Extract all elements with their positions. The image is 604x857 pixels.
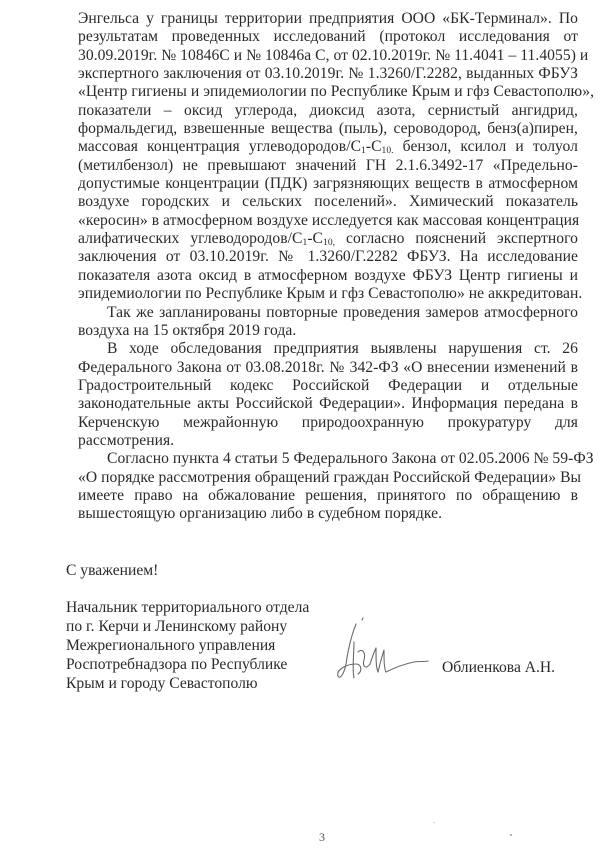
text-line: «Центр гигиены и эпидемиологии по Респуб… <box>78 83 578 101</box>
text-line: результатам проведенных исследований (пр… <box>78 28 578 46</box>
text-line: допустимые концентрации (ПДК) загрязняющ… <box>78 175 578 193</box>
text-line: Керченскую межрайонную природоохранную п… <box>78 414 578 432</box>
text-line: заключения от 03.10.2019г. № 1.3260/Г.22… <box>78 248 578 266</box>
text-run: массовая концентрация углеводородов/C <box>78 138 361 155</box>
document-page: Энгельса у границы территории предприяти… <box>0 0 604 857</box>
text-run: алифатических углеводородов/C <box>78 230 303 247</box>
text-line: В ходе обследования предприятия выявлены… <box>78 340 578 358</box>
paragraph-findings: Энгельса у границы территории предприяти… <box>78 10 578 304</box>
text-line: Энгельса у границы территории предприяти… <box>78 10 578 28</box>
text-line: законодательные акты Российской Федераци… <box>78 395 578 413</box>
text-line: эпидемиологии по Республике Крым и гфз С… <box>78 285 578 303</box>
text-line-with-subscript: массовая концентрация углеводородов/C1-C… <box>78 138 578 156</box>
signatory-title-line: Роспотребнадзора по Республике <box>66 655 336 674</box>
letter-body: Энгельса у границы территории предприяти… <box>78 10 578 524</box>
text-line: Так же запланированы повторные проведени… <box>78 304 578 322</box>
text-line: «О порядке рассмотрения обращений гражда… <box>78 469 578 487</box>
text-line: воздухе городских и сельских поселений».… <box>78 193 578 211</box>
signatory-title-line: по г. Керчи и Ленинскому району <box>66 617 336 636</box>
subscript: 10. <box>382 146 394 156</box>
text-line: экспертного заключения от 03.10.2019г. №… <box>78 65 578 83</box>
signatory-title: Начальник территориального отдела по г. … <box>66 598 336 693</box>
text-line: показатели – оксид углерода, диоксид азо… <box>78 102 578 120</box>
paragraph-violations: В ходе обследования предприятия выявлены… <box>78 340 578 450</box>
text-line: формальдегид, взвешенные вещества (пыль)… <box>78 120 578 138</box>
text-line: рассмотрения. <box>78 432 578 450</box>
signatory-title-line: Начальник территориального отдела <box>66 598 336 617</box>
closing-salutation: С уважением! <box>66 562 158 580</box>
text-line: Градостроительный кодекс Российской Феде… <box>78 377 578 395</box>
text-line: «керосин» в атмосферном воздухе исследуе… <box>78 212 578 230</box>
signatory-title-line: Крым и городу Севастополю <box>66 674 336 693</box>
subscript: 10, <box>323 238 335 248</box>
text-line: вышестоящую организацию либо в судебном … <box>78 505 578 523</box>
scan-artifact <box>510 834 512 836</box>
text-run: -C <box>307 230 323 247</box>
text-line: имеете право на обжалование решения, при… <box>78 487 578 505</box>
text-line: (метилбензол) не превышают значений ГН 2… <box>78 157 578 175</box>
text-line: 30.09.2019г. № 10846С и № 10846а С, от 0… <box>78 47 578 65</box>
paragraph-repeat-measurements: Так же запланированы повторные проведени… <box>78 304 578 341</box>
text-line: Федерального Закона от 03.08.2018г. № 34… <box>78 359 578 377</box>
text-run: согласно пояснений экспертного <box>335 230 578 247</box>
signatory-name: Облиенкова А.Н. <box>442 659 555 677</box>
text-line: показателя азота оксид в атмосферном воз… <box>78 267 578 285</box>
page-number: 3 <box>319 830 325 845</box>
signatory-title-line: Межрегионального управления <box>66 636 336 655</box>
text-run: бензол, ксилол и толуол <box>394 138 578 155</box>
handwritten-signature-icon <box>332 612 442 692</box>
scan-artifact <box>434 822 435 823</box>
text-line: воздуха на 15 октября 2019 года. <box>78 322 578 340</box>
text-line-with-subscript: алифатических углеводородов/C1-C10, согл… <box>78 230 578 248</box>
paragraph-appeal-rights: Согласно пункта 4 статьи 5 Федерального … <box>78 450 578 523</box>
text-line: Согласно пункта 4 статьи 5 Федерального … <box>78 450 578 468</box>
text-run: -C <box>366 138 382 155</box>
